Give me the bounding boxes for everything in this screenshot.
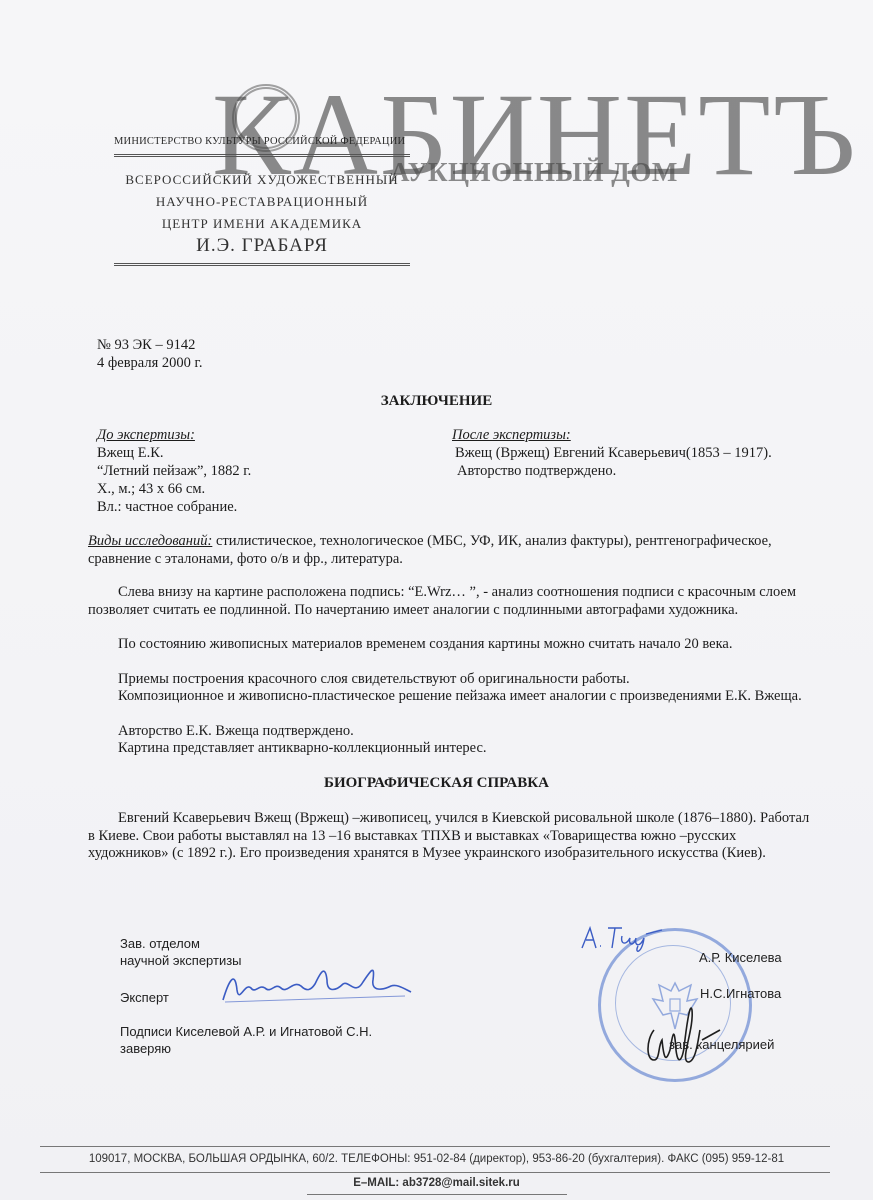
bio-title: БИОГРАФИЧЕСКАЯ СПРАВКА: [0, 775, 873, 792]
finding-paragraph: Слева внизу на картине расположена подпи…: [88, 584, 818, 619]
letterhead-ministry: МИНИСТЕРСТВО КУЛЬТУРЫ РОССИЙСКОЙ ФЕДЕРАЦ…: [114, 136, 384, 147]
letterhead-name: И.Э. ГРАБАРЯ: [114, 235, 410, 257]
after-label: После экспертизы:: [452, 427, 571, 445]
kiseleva-signature-icon: [578, 924, 668, 954]
letterhead-line: ЦЕНТР ИМЕНИ АКАДЕМИКА: [114, 216, 410, 232]
dept-head-label: Зав. отделом: [120, 935, 200, 952]
office-head-label: зав. канцелярией: [669, 1036, 774, 1053]
letterhead-line: ВСЕРОССИЙСКИЙ ХУДОЖЕСТВЕННЫЙ: [114, 172, 410, 188]
finding-paragraph: Композиционное и живописно-пластическое …: [88, 688, 818, 706]
expert-label: Эксперт: [120, 989, 169, 1006]
footer-rule: [40, 1146, 830, 1147]
watermark-subtitle: АУКЦИОННЫЙ ДОМ: [390, 157, 678, 188]
office-head-signature-icon: [640, 990, 730, 1070]
bio-paragraph: Евгений Ксаверьевич Вжещ (Вржещ) –живопи…: [88, 810, 818, 863]
before-line: Х., м.; 43 х 66 см.: [97, 481, 205, 499]
before-line: Вжещ Е.К.: [97, 445, 164, 463]
document-date: 4 февраля 2000 г.: [97, 355, 202, 373]
research-label: Виды исследований:: [88, 533, 212, 549]
footer-address: 109017, МОСКВА, БОЛЬШАЯ ОРДЫНКА, 60/2. Т…: [0, 1153, 873, 1165]
letterhead-rule: [114, 154, 410, 157]
research-paragraph: Виды исследований: стилистическое, техно…: [88, 533, 818, 568]
signatory-name-2: Н.С.Игнатова: [700, 985, 781, 1002]
after-line: Вжещ (Вржещ) Евгений Ксаверьевич(1853 – …: [455, 445, 772, 463]
document-page: КАБИНЕТЪ АУКЦИОННЫЙ ДОМ МИНИСТЕРСТВО КУЛ…: [0, 0, 873, 1200]
before-label: До экспертизы:: [97, 427, 195, 445]
certify-label: заверяю: [120, 1040, 171, 1057]
footer-rule: [40, 1172, 830, 1173]
letterhead-line: НАУЧНО-РЕСТАВРАЦИОННЫЙ: [114, 194, 410, 210]
certify-label: Подписи Киселевой А.Р. и Игнатовой С.Н.: [120, 1023, 372, 1040]
before-line: “Летний пейзаж”, 1882 г.: [97, 463, 251, 481]
footer-email-underline: [307, 1194, 567, 1195]
expert-signature-icon: [215, 960, 415, 1010]
finding-paragraph: Авторство Е.К. Вжеща подтверждено.: [88, 723, 818, 741]
finding-paragraph: Приемы построения красочного слоя свидет…: [88, 671, 818, 689]
footer-email: E–MAIL: ab3728@mail.sitek.ru: [0, 1177, 873, 1189]
before-line: Вл.: частное собрание.: [97, 499, 237, 517]
finding-paragraph: Картина представляет антикварно-коллекци…: [88, 740, 818, 758]
finding-paragraph: По состоянию живописных материалов време…: [88, 636, 818, 654]
document-number: № 93 ЭК – 9142: [97, 337, 195, 355]
after-line: Авторство подтверждено.: [457, 463, 616, 481]
signatory-name-1: А.Р. Киселева: [699, 949, 782, 966]
letterhead-rule: [114, 263, 410, 266]
document-title: ЗАКЛЮЧЕНИЕ: [0, 393, 873, 410]
